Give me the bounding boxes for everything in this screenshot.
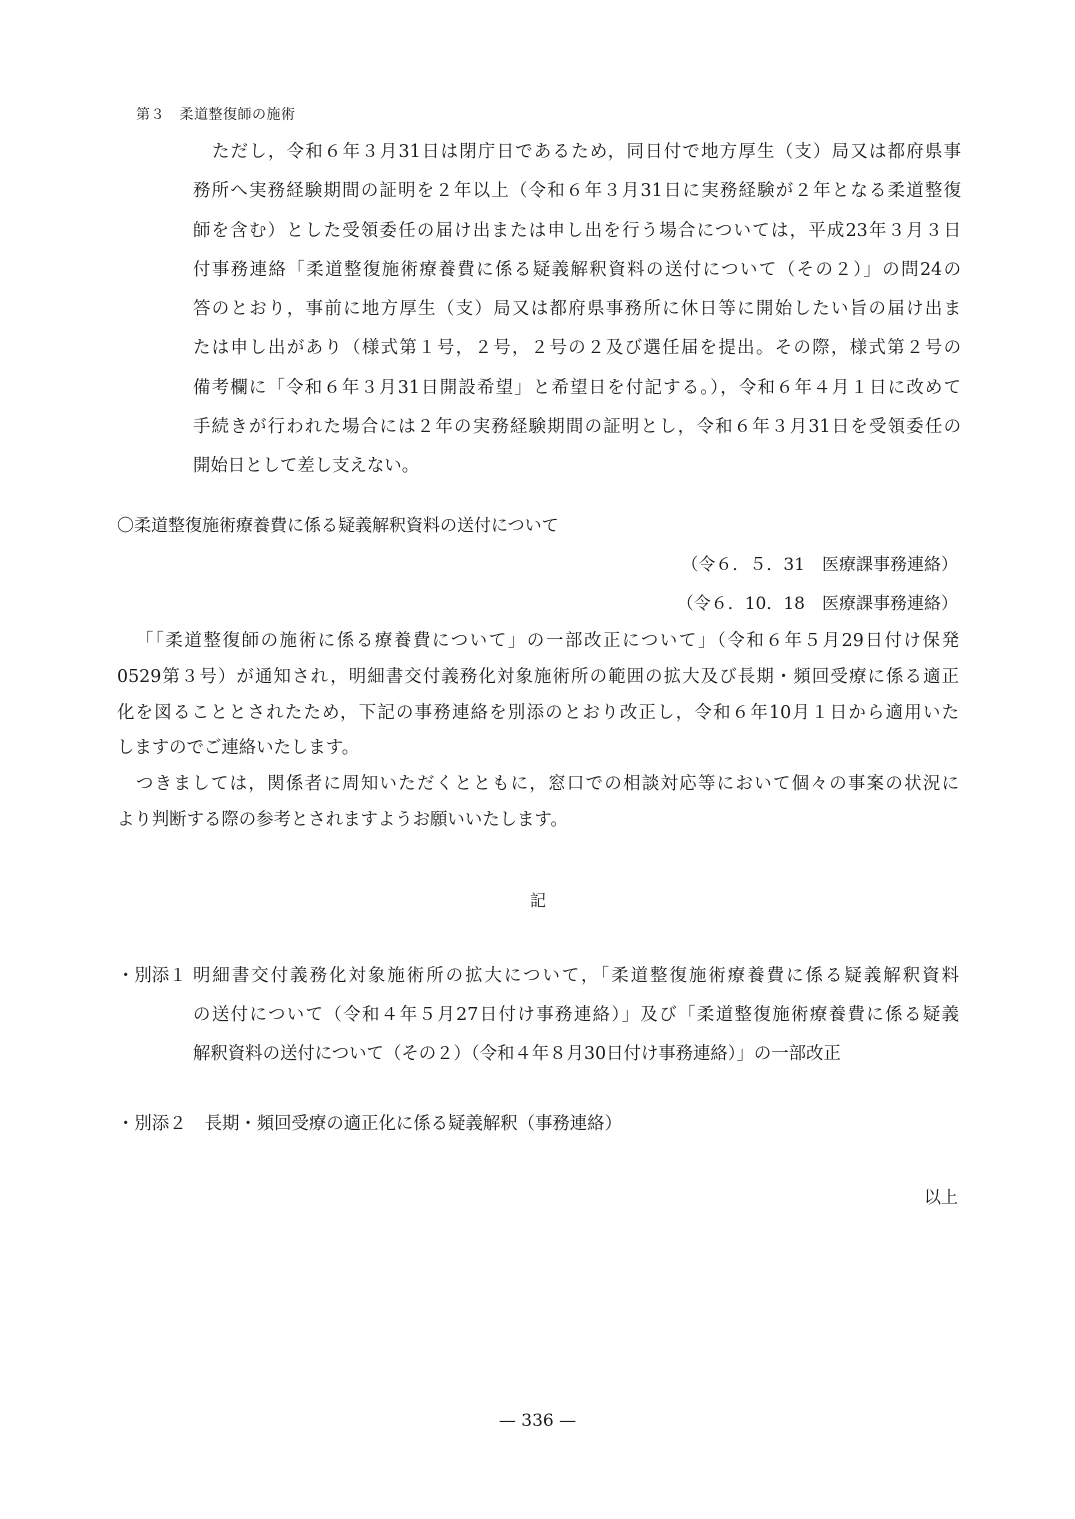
text-line: 師を含む）とした受領委任の届け出または申し出を行う場合については，平成23年３月… (193, 212, 961, 251)
text-line: 0529第３号）が通知され，明細書交付義務化対象施術所の範囲の拡大及び長期・頻回… (117, 660, 959, 696)
paragraph-proviso: ただし，令和６年３月31日は閉庁日であるため，同日付で地方厚生（支）局又は都府県… (193, 133, 961, 487)
text-line: 解釈資料の送付について（その２）（令和４年８月30日付け事務連絡）」の一部改正 (193, 1035, 959, 1074)
text-line: 化を図ることとされたため，下記の事務連絡を別添のとおり改正し，令和６年10月１日… (117, 696, 959, 732)
text-line: 答のとおり，事前に地方厚生（支）局又は都府県事務所に休日等に開始したい旨の届け出… (193, 290, 961, 329)
section-title: 〇柔道整復施術療養費に係る疑義解釈資料の送付について (117, 511, 559, 536)
text-line: しますのでご連絡いたします。 (117, 731, 959, 767)
text-line: の送付について（令和４年５月27日付け事務連絡）」及び「柔道整復施術療養費に係る… (193, 996, 959, 1035)
closing-mark: 以上 (924, 1183, 958, 1208)
text-line: 備考欄に「令和６年３月31日開設希望」と希望日を付記する。），令和６年４月１日に… (193, 369, 961, 408)
text-line: 「「柔道整復師の施術に係る療養費について」の一部改正について」（令和６年５月29… (117, 624, 959, 660)
notice-body: 「「柔道整復師の施術に係る療養費について」の一部改正について」（令和６年５月29… (117, 624, 959, 839)
annex-description: 明細書交付義務化対象施術所の拡大について，「柔道整復施術療養費に係る疑義解釈資料… (193, 957, 959, 1074)
chapter-header: 第３ 柔道整復師の施術 (136, 104, 296, 124)
page-number: — 336 — (0, 1411, 1075, 1431)
reference-note: （令６．５．31 医療課事務連絡） (681, 550, 958, 575)
text-line: 務所へ実務経験期間の証明を２年以上（令和６年３月31日に実務経験が２年となる柔道… (193, 172, 961, 211)
text-line: 付事務連絡「柔道整復施術療養費に係る疑義解釈資料の送付について（その２）」の問2… (193, 251, 961, 290)
annex-label: ・別添１ (117, 957, 187, 996)
text-line: たは申し出があり（様式第１号，２号，２号の２及び選任届を提出。その際，様式第２号… (193, 329, 961, 368)
annex-description: 長期・頻回受療の適正化に係る疑義解釈（事務連絡） (205, 1114, 622, 1134)
text-line: 開始日として差し支えない。 (193, 447, 961, 486)
annex-item-2: ・別添２長期・頻回受療の適正化に係る疑義解釈（事務連絡） (117, 1105, 622, 1144)
text-line: ただし，令和６年３月31日は閉庁日であるため，同日付で地方厚生（支）局又は都府県… (193, 133, 961, 172)
text-line: つきましては，関係者に周知いただくとともに，窓口での相談対応等において個々の事案… (117, 767, 959, 803)
text-line: 明細書交付義務化対象施術所の拡大について，「柔道整復施術療養費に係る疑義解釈資料 (193, 957, 959, 996)
annex-label: ・別添２ (117, 1114, 187, 1134)
text-line: より判断する際の参考とされますようお願いいたします。 (117, 803, 959, 839)
ki-heading: 記 (530, 888, 546, 911)
text-line: 手続きが行われた場合には２年の実務経験期間の証明とし，令和６年３月31日を受領委… (193, 408, 961, 447)
reference-note: （令６．10．18 医療課事務連絡） (677, 589, 958, 614)
